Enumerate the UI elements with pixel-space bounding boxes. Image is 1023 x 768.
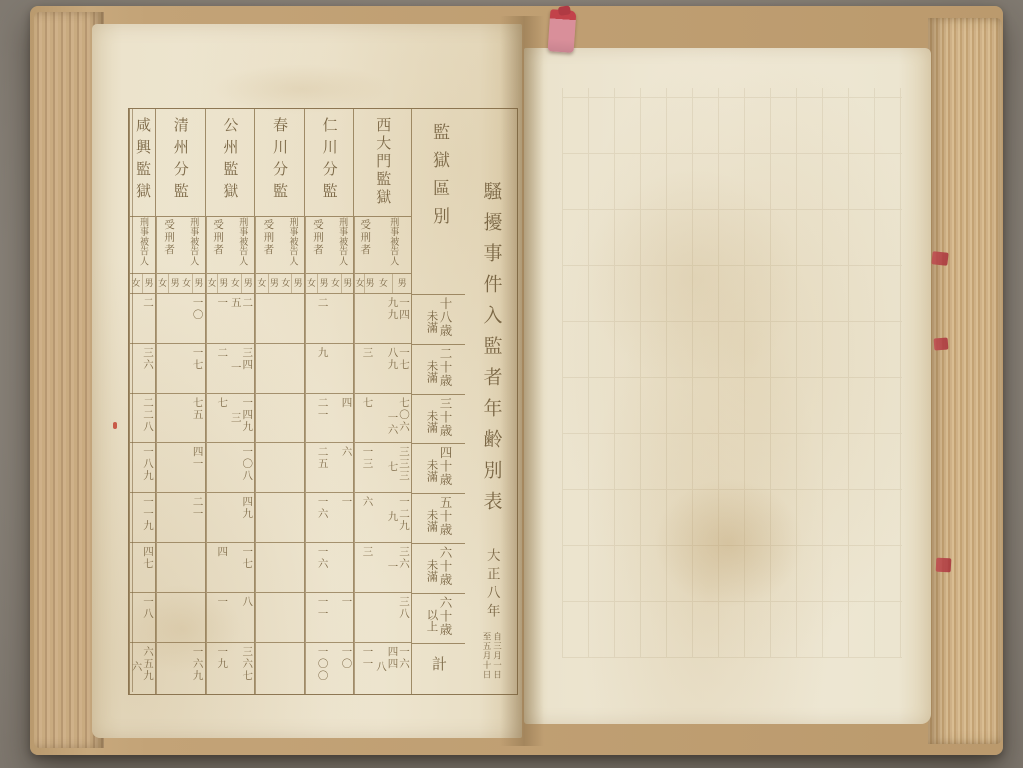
value: 一〇	[192, 297, 203, 343]
right-page	[524, 48, 931, 724]
sex-header: 男女	[130, 274, 155, 294]
data-cell	[280, 493, 304, 543]
date-to: 至五月十日	[482, 632, 491, 680]
value: 一一	[317, 596, 328, 642]
value: 一	[387, 561, 398, 592]
subcolumn-defendant: 刑事被告人男女一四九九一七八九七〇六一六三三三七一二九九三六一三八一六四四八	[375, 217, 412, 694]
male-label: 男	[392, 274, 411, 293]
data-cell	[280, 294, 304, 344]
value: 一三	[362, 446, 373, 492]
value: 七五	[192, 397, 203, 443]
showthrough-grid	[562, 88, 902, 658]
row-header-column: 監獄區別 十八歳未滿二十歳未滿三十歳未滿四十歳未滿五十歳未滿六十歳未滿六十歳以上…	[411, 109, 465, 694]
value: 一七	[192, 347, 203, 393]
table-date-range: 自三月一日 至五月十日	[482, 632, 501, 680]
value: 七	[217, 397, 228, 443]
data-cell	[280, 593, 304, 643]
sex-header: 男女	[181, 274, 205, 294]
male-label: 男	[192, 274, 204, 293]
value: 八	[242, 596, 253, 642]
age-sub: 未滿	[426, 459, 438, 493]
subcolumn-header: 受刑者	[355, 217, 374, 274]
data-cell: 八	[229, 593, 254, 643]
age-label: 六十歳以上	[412, 594, 465, 644]
right-fore-edge	[928, 18, 1002, 744]
data-cell: 三四一	[229, 344, 254, 394]
data-cell: 一四九九	[375, 294, 412, 344]
data-cell: 一一九	[130, 493, 155, 543]
data-cell	[256, 593, 280, 643]
prison-column-group: 仁川分監刑事被告人男女四六一一一〇受刑者男女二九二一二五一六一六一一一〇〇	[304, 109, 354, 694]
subcolumn-header: 刑事被告人	[280, 217, 304, 274]
data-cell: 三八	[375, 593, 412, 643]
value: 一	[217, 297, 228, 343]
subcolumn-defendant: 刑事被告人男女四六一一一〇	[330, 217, 354, 694]
data-cell: 七五	[181, 394, 205, 444]
subcolumn-header: 刑事被告人	[229, 217, 254, 274]
data-cell: 二五	[229, 294, 254, 344]
value: 四	[341, 397, 352, 443]
defendant-label: 刑事被告人	[237, 217, 246, 274]
data-cell: 一〇〇	[306, 643, 330, 693]
age-main: 四十歳	[439, 446, 452, 493]
data-cell	[256, 294, 280, 344]
data-cell	[207, 443, 230, 493]
value: 八	[376, 661, 387, 693]
data-cell: 一七八九	[375, 344, 412, 394]
age-sub: 未滿	[426, 310, 438, 344]
data-cell: 四七	[130, 543, 155, 593]
male-label: 男	[217, 274, 229, 293]
male-label: 男	[341, 274, 353, 293]
data-cell: 一八	[130, 593, 155, 643]
data-cell: 一四九三	[229, 394, 254, 444]
data-cell	[256, 643, 280, 693]
data-cell	[157, 394, 181, 444]
prison-column-group: 公州監獄刑事被告人男女二五三四一一四九三一〇八四九一七八三六七受刑者男女一二七四…	[205, 109, 255, 694]
subcolumn-defendant: 刑事被告人男女一〇一七七五四一二一一六九	[181, 217, 205, 694]
data-cell: 一二九九	[375, 493, 412, 543]
sex-header: 男女	[207, 274, 230, 294]
value: 四七	[142, 546, 153, 592]
data-cell: 七〇六一六	[375, 394, 412, 444]
male-label: 男	[317, 274, 329, 293]
data-cell: 六	[330, 443, 354, 493]
value: 三	[362, 546, 373, 592]
data-cell: 一六四四八	[375, 643, 412, 693]
red-mark	[113, 422, 117, 429]
value: 一六	[387, 412, 398, 443]
prison-name: 仁川分監	[322, 117, 337, 205]
subcolumn-header: 刑事被告人	[330, 217, 354, 274]
value: 一〇〇	[317, 646, 328, 693]
table-era: 大正八年	[484, 548, 498, 622]
age-row-headers: 十八歳未滿二十歳未滿三十歳未滿四十歳未滿五十歳未滿六十歳未滿六十歳以上計	[412, 295, 465, 693]
data-cell: 二二八	[130, 394, 155, 444]
age-label: 十八歳未滿	[412, 295, 465, 345]
value: 一六	[399, 646, 410, 693]
data-cell: 三六七	[229, 643, 254, 693]
data-cell: 三六	[130, 344, 155, 394]
female-label: 女	[207, 274, 218, 293]
value: 五	[230, 297, 241, 343]
value: 一六九	[192, 646, 203, 693]
value: 一六	[317, 546, 328, 592]
prison-name-cell: 仁川分監	[305, 109, 354, 217]
defendant-label: 刑事被告人	[138, 217, 147, 274]
value: 六	[362, 496, 373, 542]
data-cell	[355, 593, 374, 643]
data-cell: 一〇	[330, 643, 354, 693]
value: 二	[217, 347, 228, 393]
data-cell: 一一	[306, 593, 330, 643]
data-cell: 六	[355, 493, 374, 543]
total-label: 計	[431, 656, 446, 694]
value: 六	[341, 446, 352, 492]
value: 七	[387, 461, 398, 492]
age-sub: 以上	[426, 609, 438, 643]
defendant-label: 刑事被告人	[337, 217, 346, 274]
age-main: 十八歳	[439, 297, 452, 344]
value: 二一	[192, 496, 203, 542]
age-main: 五十歳	[439, 496, 452, 543]
female-label: 女	[280, 274, 291, 293]
data-cell	[157, 443, 181, 493]
data-cell	[157, 643, 181, 693]
value: 一九	[217, 646, 228, 693]
left-page: 騷擾事件入監者年齢別表 大正八年 自三月一日 至五月十日 監獄區別 十八歳未滿二…	[92, 24, 522, 738]
defendant-label: 刑事被告人	[188, 217, 197, 274]
value: 一八九	[142, 446, 153, 492]
data-cell	[280, 394, 304, 444]
data-cell	[355, 294, 374, 344]
ribbon-marker	[548, 9, 577, 53]
value: 八九	[387, 347, 398, 393]
data-cell	[181, 593, 205, 643]
subcolumn-convict: 受刑者男女一二七四一一九	[206, 217, 230, 694]
value: 一〇八	[242, 446, 253, 492]
data-cell: 三	[355, 344, 374, 394]
value: 四	[217, 546, 228, 592]
female-label: 女	[229, 274, 241, 293]
subcolumn-header: 刑事被告人	[375, 217, 412, 274]
data-cell: 三六一	[375, 543, 412, 593]
data-cell	[256, 443, 280, 493]
data-cell	[330, 294, 354, 344]
sex-header: 男女	[330, 274, 354, 294]
age-main: 六十歳	[439, 596, 452, 643]
age-main: 二十歳	[439, 347, 452, 394]
age-sub: 未滿	[426, 410, 438, 444]
prison-name-cell: 西大門監獄	[354, 109, 411, 217]
data-cell: 一	[330, 493, 354, 543]
data-cell: 二	[207, 344, 230, 394]
prison-subcolumns: 刑事被告人男女一〇一七七五四一二一一六九受刑者男女	[156, 217, 205, 694]
data-cell	[207, 493, 230, 543]
data-cell: 一三	[355, 443, 374, 493]
data-cell: 一九	[207, 643, 230, 693]
female-label: 女	[306, 274, 317, 293]
subcolumn-convict: 受刑者男女三七一三六三一一	[354, 217, 374, 694]
book-photo: 騷擾事件入監者年齢別表 大正八年 自三月一日 至五月十日 監獄區別 十八歳未滿二…	[0, 0, 1023, 768]
value: 一一九	[142, 496, 153, 542]
age-label: 計	[412, 644, 465, 694]
prison-column-group: 清州分監刑事被告人男女一〇一七七五四一二一一六九受刑者男女	[155, 109, 205, 694]
subcolumn-header: 刑事被告人	[130, 217, 155, 274]
sex-header: 男女	[306, 274, 330, 294]
male-label: 男	[364, 274, 374, 293]
subcolumn-defendant: 刑事被告人男女	[280, 217, 304, 694]
subcolumn-header: 刑事被告人	[181, 217, 205, 274]
subcolumn-convict: 受刑者男女二九二一二五一六一六一一一〇〇	[305, 217, 330, 694]
data-cell: 三	[355, 543, 374, 593]
defendant-label: 刑事被告人	[388, 217, 397, 274]
value: 二二八	[142, 397, 153, 443]
value: 四九	[242, 496, 253, 542]
data-cell: 一六九	[181, 643, 205, 693]
value: 六五九	[142, 646, 153, 693]
value: 一四	[399, 297, 410, 343]
data-cell: 一八九	[130, 443, 155, 493]
value: 七	[362, 397, 373, 443]
female-label: 女	[375, 274, 393, 293]
value: 一六	[317, 496, 328, 542]
red-mark	[936, 558, 952, 573]
red-mark	[931, 251, 948, 266]
prison-name: 春川分監	[272, 117, 287, 205]
data-cell: 九	[306, 344, 330, 394]
table-inner-border	[132, 109, 133, 692]
value: 一	[217, 596, 228, 642]
value: 一二九	[399, 496, 410, 542]
data-cell: 一〇八	[229, 443, 254, 493]
data-cell	[157, 294, 181, 344]
data-cell: 二	[306, 294, 330, 344]
corner-header-cell: 監獄區別	[412, 109, 465, 295]
data-cell	[256, 344, 280, 394]
value: 一	[230, 362, 241, 393]
red-mark	[934, 338, 949, 351]
data-cell: 七	[207, 394, 230, 444]
prison-columns: 西大門監獄刑事被告人男女一四九九一七八九七〇六一六三三三七一二九九三六一三八一六…	[129, 109, 411, 694]
data-cell: 四一	[181, 443, 205, 493]
gutter-shadow	[500, 16, 544, 746]
age-sub: 未滿	[426, 360, 438, 394]
prison-subcolumns: 刑事被告人男女二三六二二八一八九一一九四七一八六五九六	[130, 217, 155, 694]
data-cell	[181, 543, 205, 593]
female-label: 女	[355, 274, 364, 293]
value: 四一	[192, 446, 203, 492]
prison-name: 咸興監獄	[135, 117, 150, 205]
convict-label: 受刑者	[360, 219, 371, 273]
sex-header: 男女	[157, 274, 181, 294]
value: 三六七	[242, 646, 253, 693]
data-cell: 三三三七	[375, 443, 412, 493]
data-cell	[280, 543, 304, 593]
sex-header: 男女	[355, 274, 374, 294]
value: 二一	[317, 397, 328, 443]
data-cell	[280, 344, 304, 394]
subcolumn-convict: 受刑者男女	[156, 217, 181, 694]
prison-name: 公州監獄	[222, 117, 237, 205]
prison-name-cell: 咸興監獄	[130, 109, 155, 217]
value: 三八	[399, 596, 410, 642]
value: 一七	[242, 546, 253, 592]
data-cell: 一六	[306, 493, 330, 543]
data-cell: 一一	[355, 643, 374, 693]
data-cell: 一七	[181, 344, 205, 394]
data-cell: 一	[207, 294, 230, 344]
prison-name-cell: 公州監獄	[206, 109, 255, 217]
value: 三三三	[399, 446, 410, 492]
subcolumn-header: 受刑者	[207, 217, 230, 274]
data-cell	[157, 344, 181, 394]
value: 一八	[142, 596, 153, 642]
male-label: 男	[142, 274, 155, 293]
prison-column-group: 春川分監刑事被告人男女受刑者男女	[254, 109, 304, 694]
age-sub: 未滿	[426, 559, 438, 593]
value: 四四	[387, 646, 398, 693]
data-cell	[256, 493, 280, 543]
paper-stain	[212, 64, 392, 114]
data-cell: 一六	[306, 543, 330, 593]
data-cell	[330, 344, 354, 394]
male-label: 男	[268, 274, 280, 293]
value: 一	[341, 596, 352, 642]
value: 二	[142, 297, 153, 343]
age-label: 五十歳未滿	[412, 494, 465, 544]
value: 一七	[399, 347, 410, 393]
male-label: 男	[291, 274, 303, 293]
prison-name-cell: 清州分監	[156, 109, 205, 217]
subcolumn-header: 受刑者	[157, 217, 181, 274]
data-cell: 二一	[306, 394, 330, 444]
prison-name-cell: 春川分監	[255, 109, 304, 217]
data-cell: 二	[130, 294, 155, 344]
value: 二五	[317, 446, 328, 492]
value: 七〇六	[399, 397, 410, 443]
prison-subcolumns: 刑事被告人男女二五三四一一四九三一〇八四九一七八三六七受刑者男女一二七四一一九	[206, 217, 255, 694]
data-cell: 一	[330, 593, 354, 643]
value: 三四	[242, 347, 253, 393]
age-sub: 未滿	[426, 509, 438, 543]
female-label: 女	[157, 274, 168, 293]
age-main: 三十歳	[439, 397, 452, 444]
data-cell: 一	[207, 593, 230, 643]
data-cell: 一七	[229, 543, 254, 593]
value: 三六	[399, 546, 410, 592]
data-cell: 四九	[229, 493, 254, 543]
defendant-label: 刑事被告人	[287, 217, 296, 274]
male-label: 男	[168, 274, 180, 293]
value: 二	[242, 297, 253, 343]
data-cell	[280, 643, 304, 693]
age-label: 二十歳未滿	[412, 345, 465, 395]
sex-header: 男女	[375, 274, 412, 294]
age-label: 四十歳未滿	[412, 444, 465, 494]
value: 一四九	[242, 397, 253, 443]
value: 三六	[142, 347, 153, 393]
sex-header: 男女	[280, 274, 304, 294]
data-cell	[256, 394, 280, 444]
value: 三	[230, 412, 241, 443]
data-cell	[280, 443, 304, 493]
prison-subcolumns: 刑事被告人男女四六一一一〇受刑者男女二九二一二五一六一六一一一〇〇	[305, 217, 354, 694]
value: 三	[362, 347, 373, 393]
age-main: 六十歳	[439, 546, 452, 593]
value: 一	[341, 496, 352, 542]
convict-label: 受刑者	[213, 219, 224, 273]
value: 九	[317, 347, 328, 393]
convict-label: 受刑者	[313, 219, 324, 273]
subcolumn-header: 受刑者	[306, 217, 330, 274]
convict-label: 受刑者	[164, 219, 175, 273]
corner-header: 監獄區別	[430, 123, 447, 235]
value: 二	[317, 297, 328, 343]
female-label: 女	[256, 274, 267, 293]
data-cell: 四	[207, 543, 230, 593]
prison-name: 西大門監獄	[375, 117, 390, 207]
data-cell: 一〇	[181, 294, 205, 344]
statistics-table: 騷擾事件入監者年齢別表 大正八年 自三月一日 至五月十日 監獄區別 十八歳未滿二…	[128, 108, 518, 695]
female-label: 女	[181, 274, 192, 293]
value: 九九	[387, 297, 398, 343]
data-cell: 二五	[306, 443, 330, 493]
data-cell: 四	[330, 394, 354, 444]
value: 一〇	[341, 646, 352, 693]
table-title: 騷擾事件入監者年齢別表	[482, 181, 501, 522]
subcolumn-header: 受刑者	[256, 217, 280, 274]
subcolumn-defendant: 刑事被告人男女二三六二二八一八九一一九四七一八六五九六	[130, 217, 155, 694]
data-cell	[157, 543, 181, 593]
subcolumn-convict: 受刑者男女	[255, 217, 280, 694]
value: 一一	[362, 646, 373, 693]
sex-header: 男女	[256, 274, 280, 294]
subcolumn-defendant: 刑事被告人男女二五三四一一四九三一〇八四九一七八三六七	[229, 217, 254, 694]
data-cell	[157, 493, 181, 543]
female-label: 女	[330, 274, 341, 293]
data-cell	[256, 543, 280, 593]
convict-label: 受刑者	[263, 219, 274, 273]
data-cell: 六五九六	[130, 643, 155, 693]
sex-header: 男女	[229, 274, 254, 294]
prison-name: 清州分監	[173, 117, 188, 205]
data-cell: 二一	[181, 493, 205, 543]
data-cell	[330, 543, 354, 593]
value: 九	[387, 511, 398, 542]
data-cell	[157, 593, 181, 643]
age-label: 六十歳未滿	[412, 544, 465, 594]
prison-subcolumns: 刑事被告人男女一四九九一七八九七〇六一六三三三七一二九九三六一三八一六四四八受刑…	[354, 217, 411, 694]
male-label: 男	[241, 274, 254, 293]
prison-column-group: 西大門監獄刑事被告人男女一四九九一七八九七〇六一六三三三七一二九九三六一三八一六…	[353, 109, 411, 694]
data-cell: 七	[355, 394, 374, 444]
age-label: 三十歳未滿	[412, 395, 465, 445]
prison-subcolumns: 刑事被告人男女受刑者男女	[255, 217, 304, 694]
